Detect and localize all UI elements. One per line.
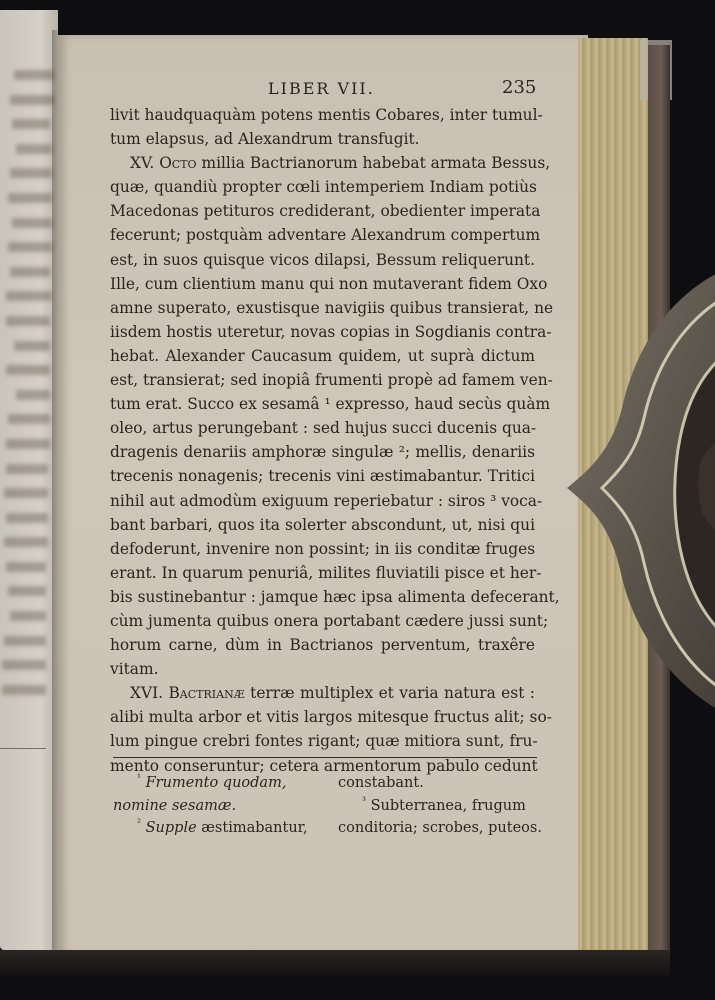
text-line: nihil aut admodùm exiguum reperiebatur :… [110, 489, 535, 513]
text-line: est, transierat; sed inopiâ frumenti pro… [110, 368, 535, 392]
text-line: hebat. Alexander Caucasum quidem, ut sup… [110, 344, 535, 368]
footnote-2: ² Supple æstimabantur, [113, 817, 323, 840]
section-xv-heading-line: XV. Octo millia Bactrianorum habebat arm… [110, 151, 535, 175]
footnote-3-continued: conditoria; scrobes, puteos. [338, 817, 539, 840]
text-line: quæ, quandiù propter cœli intemperiem In… [110, 175, 535, 199]
footnote-2-continued: constabant. [338, 772, 539, 795]
text-line: erant. In quarum penuriâ, milites fluvia… [110, 561, 535, 585]
footnote-1: ¹ Frumento quodam, [113, 772, 323, 795]
left-page-facing [0, 10, 58, 950]
text-line: livit haudquaquàm potens mentis Cobares,… [110, 103, 535, 127]
text-line: Macedonas petituros crediderant, obedien… [110, 199, 535, 223]
text-line: dragenis denariis amphoræ singulæ ²; mel… [110, 440, 535, 464]
text-line: bis sustinebantur : jamque hæc ipsa alim… [110, 585, 535, 609]
metal-clasp-weight [562, 258, 715, 728]
section-xvi-heading-line: XVI. Bactrianæ terræ multiplex et varia … [110, 681, 535, 705]
footnotes-left-column: ¹ Frumento quodam, nomine sesamæ. ² Supp… [113, 772, 323, 840]
text-line: fecerunt; postquàm adventare Alexandrum … [110, 223, 535, 247]
text-line: lum pingue crebri fontes rigant; quæ mit… [110, 729, 535, 753]
text-line: Ille, cum clientium manu qui non mutaver… [110, 272, 535, 296]
footnote-3: ³ Subterranea, frugum [338, 795, 539, 818]
left-page-footnote-rule [0, 748, 46, 749]
text-line: amne superato, exustisque navigiis quibu… [110, 296, 535, 320]
body-text: livit haudquaquàm potens mentis Cobares,… [110, 103, 535, 778]
footnote-1-continued: nomine sesamæ. [113, 795, 323, 818]
text-line: iisdem hostis uteretur, novas copias in … [110, 320, 535, 344]
footnote-rule [113, 757, 537, 758]
text-line: oleo, artus perungebant : sed hujus succ… [110, 416, 535, 440]
text-line: tum erat. Succo ex sesamâ ¹ expresso, ha… [110, 392, 535, 416]
page-number: 235 [502, 77, 536, 98]
running-head: LIBER VII. [268, 79, 375, 98]
text-line: trecenis nonagenis; trecenis vini æstima… [110, 464, 535, 488]
text-line: bant barbari, quos ita solerter abscondu… [110, 513, 535, 537]
text-line: cùm jumenta quibus onera portabant cæder… [110, 609, 535, 633]
text-line: vitam. [110, 657, 535, 681]
text-line: defoderunt, invenire non possint; in iis… [110, 537, 535, 561]
footnotes-right-column: constabant. ³ Subterranea, frugum condit… [338, 772, 539, 840]
book-bottom-shadow [0, 950, 670, 976]
text-line: alibi multa arbor et vitis largos mitesq… [110, 705, 535, 729]
text-line: horum carne, dùm in Bactrianos perventum… [110, 633, 535, 657]
left-page-blurred-text [0, 70, 56, 709]
text-line: tum elapsus, ad Alexandrum transfugit. [110, 127, 535, 151]
text-line: est, in suos quisque vicos dilapsi, Bess… [110, 248, 535, 272]
